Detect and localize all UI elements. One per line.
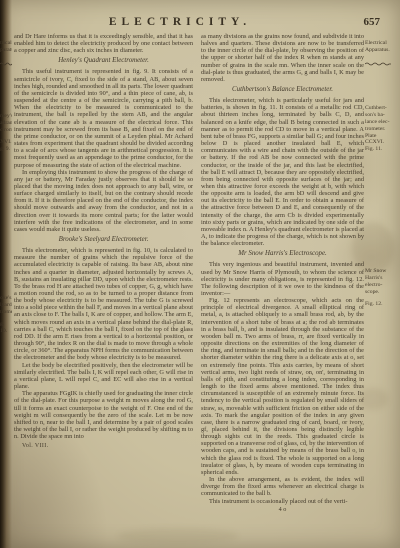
paragraph: In employing this instrument to show the… <box>14 169 193 233</box>
scanned-book-page: ELECTRICITY. 657 and Dr Hare informs us … <box>0 0 400 548</box>
margin-note-brooke: oke's lyard trome- <box>0 288 12 316</box>
margin-note-text: Mr Snow Harris's electro- scope. <box>365 268 386 295</box>
section-heading-henley: Henley's Quadrant Electrometer. <box>14 57 193 65</box>
flourish-squiggle-icon <box>365 55 399 73</box>
paragraph: This very ingenious and beautiful instru… <box>201 261 364 297</box>
paragraph: This instrument is occasionally placed o… <box>201 498 364 505</box>
right-column: as many divisions as the grains now foun… <box>201 33 364 519</box>
margin-note-fig12: Fig. 12. <box>365 294 399 308</box>
flourish-squiggle-icon <box>0 55 12 73</box>
left-column: and Dr Hare informs us that it is exceed… <box>14 33 193 519</box>
running-title: ELECTRICITY. <box>0 16 360 28</box>
signature-mark: 4 o <box>201 506 364 513</box>
paragraph: Fig. 12 represents an electroscope, whic… <box>201 297 364 476</box>
page-header: ELECTRICITY. 657 <box>0 16 400 34</box>
paragraph: Let the body be electrified positively, … <box>14 362 193 391</box>
page-number: 657 <box>364 16 381 28</box>
margin-note-electrical-apparatus: Electrical Apparatus. <box>365 33 399 79</box>
section-heading-harris: Mr Snow Harris's Electroscope. <box>201 250 364 258</box>
volume-footer: Vol. VIII. <box>14 443 193 449</box>
text-columns: and Dr Hare informs us that it is exceed… <box>14 33 364 519</box>
paragraph-continuation: as many divisions as the grains now foun… <box>201 33 364 83</box>
paper-stain <box>118 528 238 544</box>
binding-edge <box>0 0 12 548</box>
margin-note-text: g. 10. <box>0 321 7 334</box>
paragraph: In the above arrangement, as is evident,… <box>201 476 364 497</box>
margin-note-plate-fig9: XVI. g. 9. <box>0 132 12 153</box>
paragraph: This useful instrument is represented in… <box>14 68 193 168</box>
paragraph: This electrometer, which is particularly… <box>201 97 364 247</box>
margin-note-text: Fig. 12. <box>365 301 383 307</box>
margin-note-text: XVI. g. 9. <box>0 139 12 152</box>
paragraph: This electrometer, which is represented … <box>14 247 193 362</box>
margin-note-henley: nley's adrant ctrome- <box>0 106 12 134</box>
margin-note-fig10: g. 10. <box>0 314 12 335</box>
margin-note-snow-harris: Mr Snow Harris's electro- scope. <box>365 261 399 296</box>
paragraph-continuation: and Dr Hare informs us that it is exceed… <box>14 33 193 54</box>
margin-note-text: oke's lyard trome- <box>0 295 12 315</box>
margin-note-text: trical paratus <box>0 40 12 53</box>
margin-note-cuthbertson: Cuthbert- son's ba- lance elec- trometer… <box>365 98 399 153</box>
margin-note-text: nley's adrant ctrome- <box>0 113 12 133</box>
section-heading-brooke: Brooke's Steelyard Electrometer. <box>14 236 193 244</box>
margin-note-text: Electrical Apparatus. <box>365 40 390 53</box>
margin-note-electrical-apparatus-left: trical paratus <box>0 33 12 79</box>
margin-note-text: Cuthbert- son's ba- lance elec- trometer… <box>365 105 389 152</box>
paragraph: The apparatus FGgIK is chiefly used for … <box>14 390 193 440</box>
section-heading-cuthbertson: Cuthbertson's Balance Electrometer. <box>201 86 364 94</box>
